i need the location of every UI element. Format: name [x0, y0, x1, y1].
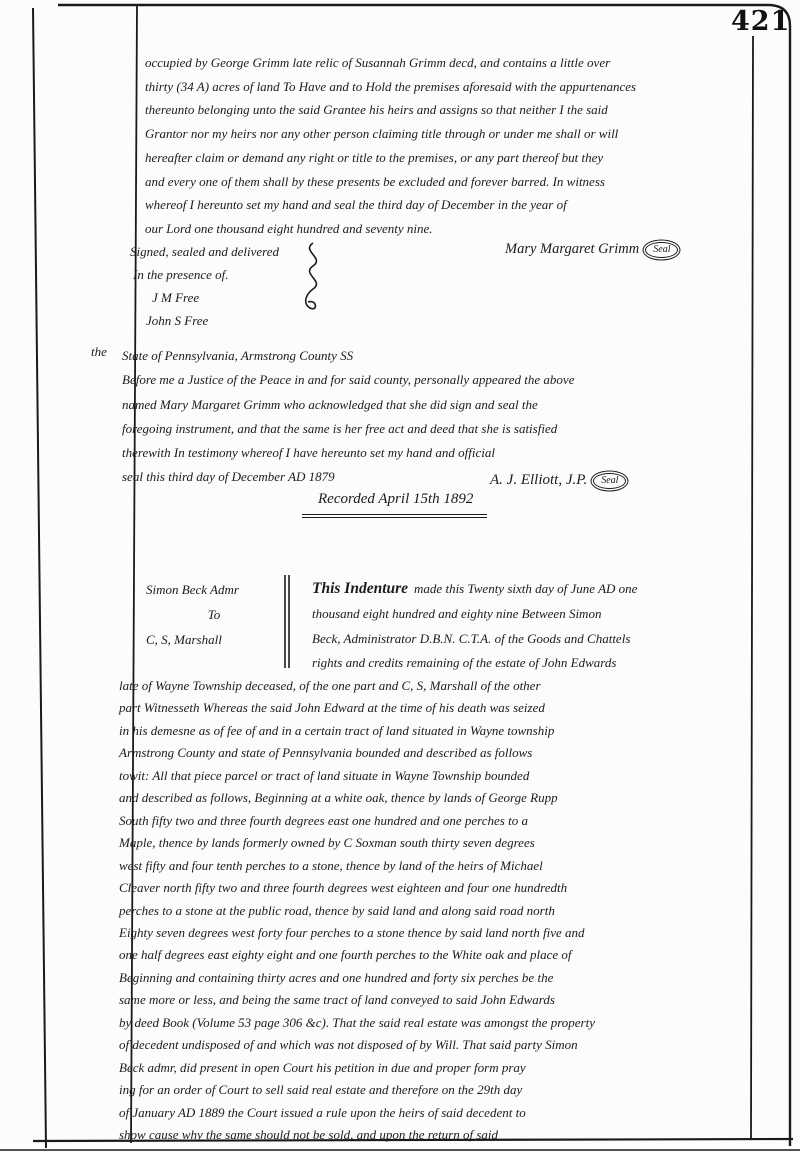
indenture-opening-paragraph: This Indenturemade this Twenty sixth day…: [312, 577, 772, 676]
handwritten-line: State of Pennsylvania, Armstrong County …: [122, 344, 772, 368]
handwritten-line: part Witnesseth Whereas the said John Ed…: [119, 697, 774, 719]
handwritten-line: thereunto belonging unto the said Grante…: [145, 98, 765, 122]
attestation-line: In the presence of.: [133, 263, 279, 286]
witness-signature: John S Free: [146, 309, 279, 332]
handwritten-line: and described as follows, Beginning at a…: [119, 787, 774, 809]
page-number: 421: [731, 6, 790, 37]
margin-note: the: [91, 344, 107, 360]
handwritten-line: Beginning and containing thirty acres an…: [119, 967, 774, 989]
attestation-brace-squiggle: [306, 243, 317, 309]
handwritten-line: Grantor nor my heirs nor any other perso…: [145, 122, 765, 146]
handwritten-line: late of Wayne Township deceased, of the …: [119, 675, 774, 697]
party-divider-double-rule: [285, 575, 289, 668]
handwritten-line: therewith In testimony whereof I have he…: [122, 441, 772, 465]
handwritten-line: of decedent undisposed of and which was …: [119, 1034, 774, 1056]
handwritten-line: whereof I hereunto set my hand and seal …: [145, 193, 765, 217]
handwritten-line: perches to a stone at the public road, t…: [119, 900, 774, 922]
deed-book-page: 421 occupied by George Grimm late relic …: [0, 0, 800, 1152]
handwritten-line: Before me a Justice of the Peace in and …: [122, 368, 772, 392]
officer-signature: A. J. Elliott, J.P.: [490, 469, 587, 493]
indenture-opening-lines: thousand eight hundred and eighty nine B…: [312, 602, 772, 676]
handwritten-line: towit: All that piece parcel or tract of…: [119, 765, 774, 787]
handwritten-line: by deed Book (Volume 53 page 306 &c). Th…: [119, 1012, 774, 1034]
handwritten-line: ing for an order of Court to sell said r…: [119, 1079, 774, 1101]
handwritten-line: in his demesne as of fee of and in a cer…: [119, 720, 774, 742]
left-outer-border-line: [33, 8, 46, 1148]
indenture-first-line: This Indenturemade this Twenty sixth day…: [312, 577, 772, 602]
indenture-first-line-rest: made this Twenty sixth day of June AD on…: [414, 581, 637, 596]
grantor-signature-row: Mary Margaret Grimm Seal: [505, 238, 678, 262]
handwritten-line: Beck admr, did present in open Court his…: [119, 1057, 774, 1079]
handwritten-line: show cause why the same should not be so…: [119, 1124, 774, 1146]
parties-to-label: To: [146, 602, 282, 627]
handwritten-line: thirty (34 A) acres of land To Have and …: [145, 75, 765, 99]
grantor-signature: Mary Margaret Grimm: [505, 238, 639, 262]
handwritten-line: Maple, thence by lands formerly owned by…: [119, 832, 774, 854]
witness-signature: J M Free: [152, 286, 279, 309]
grantor-name: Simon Beck Admr: [146, 577, 282, 602]
deed-parties-block: Simon Beck Admr To C, S, Marshall: [146, 577, 282, 652]
handwritten-line: foregoing instrument, and that the same …: [122, 417, 772, 441]
attestation-line: Signed, sealed and delivered: [130, 240, 279, 263]
handwritten-line: same more or less, and being the same tr…: [119, 989, 774, 1011]
handwritten-line: one half degrees east eighty eight and o…: [119, 944, 774, 966]
attestation-block: Signed, sealed and delivered In the pres…: [130, 240, 279, 332]
handwritten-line: west fifty and four tenth perches to a s…: [119, 855, 774, 877]
handwritten-line: occupied by George Grimm late relic of S…: [145, 51, 765, 75]
seal-stamp-icon: Seal: [593, 473, 626, 489]
acknowledgment-paragraph: State of Pennsylvania, Armstrong County …: [122, 344, 772, 490]
handwritten-line: seal this third day of December AD 1879: [122, 465, 772, 489]
officer-signature-row: A. J. Elliott, J.P. Seal: [490, 469, 626, 493]
handwritten-line: Armstrong County and state of Pennsylvan…: [119, 742, 774, 764]
handwritten-line: Beck, Administrator D.B.N. C.T.A. of the…: [312, 627, 772, 652]
seal-stamp-icon: Seal: [645, 242, 678, 258]
handwritten-line: Eighty seven degrees west forty four per…: [119, 922, 774, 944]
handwritten-line: rights and credits remaining of the esta…: [312, 651, 772, 676]
recorded-note: Recorded April 15th 1892: [302, 491, 487, 518]
handwritten-line: South fifty two and three fourth degrees…: [119, 810, 774, 832]
handwritten-line: thousand eight hundred and eighty nine B…: [312, 602, 772, 627]
handwritten-line: and every one of them shall by these pre…: [145, 170, 765, 194]
handwritten-line: hereafter claim or demand any right or t…: [145, 146, 765, 170]
beck-deed-paragraph: late of Wayne Township deceased, of the …: [119, 675, 774, 1147]
grimm-deed-paragraph: occupied by George Grimm late relic of S…: [145, 51, 765, 241]
handwritten-line: Cleaver north fifty two and three fourth…: [119, 877, 774, 899]
grantee-name: C, S, Marshall: [146, 627, 282, 652]
handwritten-line: of January AD 1889 the Court issued a ru…: [119, 1102, 774, 1124]
indenture-lead-words: This Indenture: [312, 580, 408, 597]
handwritten-line: named Mary Margaret Grimm who acknowledg…: [122, 393, 772, 417]
